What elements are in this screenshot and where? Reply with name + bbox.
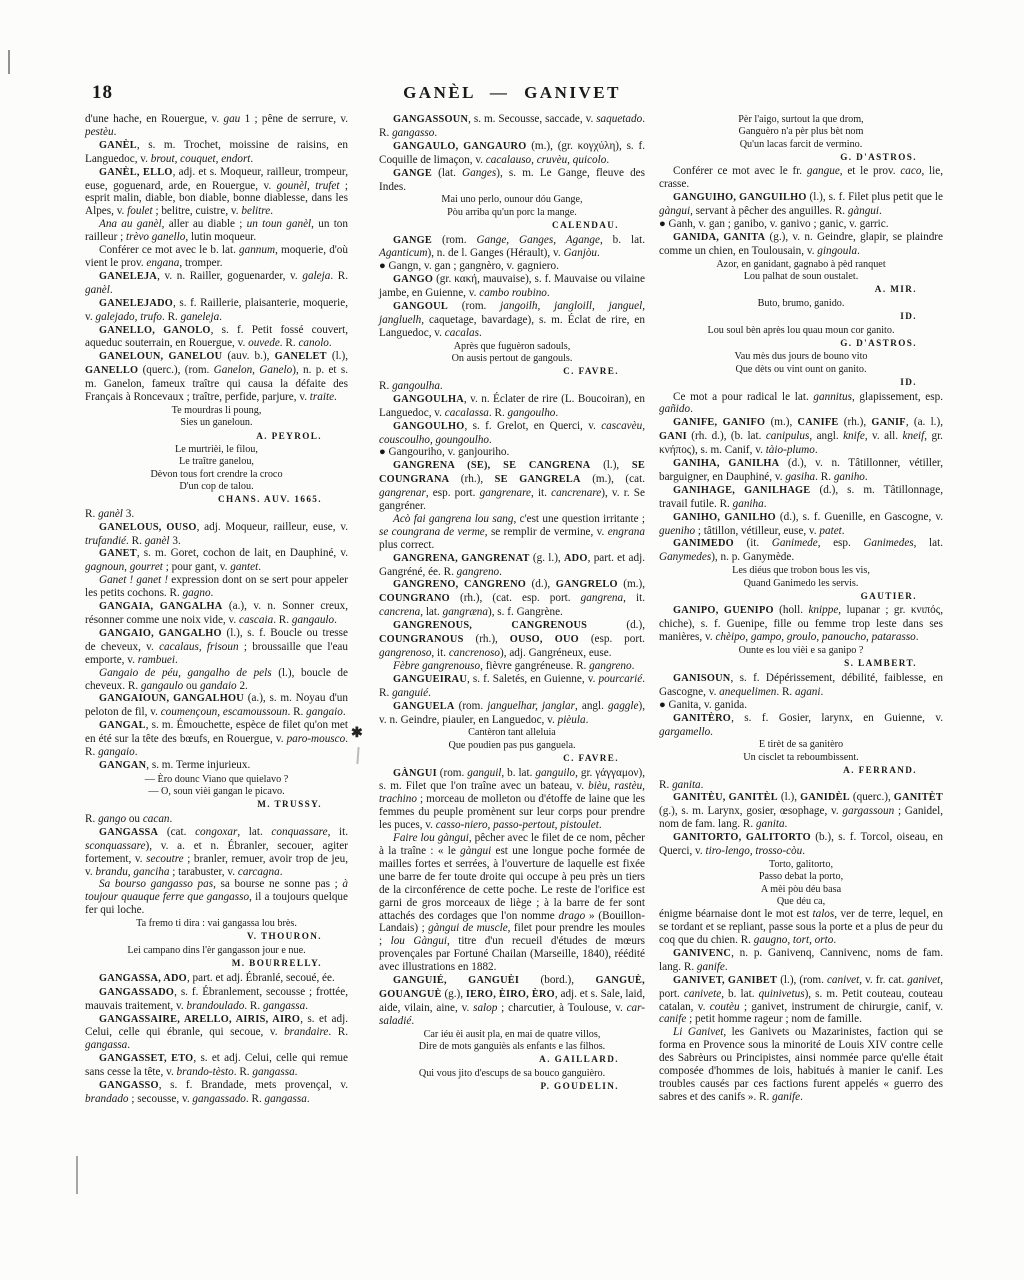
paragraph: Li Ganivet, les Ganivets ou Mazarinistes…	[659, 1026, 943, 1103]
dictionary-entry: GANELEJA, v. n. Railler, goguenarder, v.…	[85, 270, 348, 297]
quote-attribution: S. LAMBERT.	[659, 658, 943, 670]
paragraph: R. ganèl 3.	[85, 508, 348, 521]
verse-line: Le traître ganelou,	[85, 456, 348, 468]
verse-quote: Qui vous jito d'escups de sa bouco gangu…	[379, 1068, 645, 1080]
verse-quote: Buto, brumo, ganido.	[659, 298, 943, 310]
verse-line: Passo debat la porto,	[659, 871, 943, 883]
dictionary-entry: GANIMEDO (it. Ganimede, esp. Ganimedes, …	[659, 537, 943, 564]
quote-attribution: A. MIR.	[659, 284, 943, 296]
quote-attribution: ID.	[659, 377, 943, 389]
verse-line: Ta fremo ti dira : vai gangassa lou brès…	[85, 918, 348, 930]
dictionary-entry: GANGRENO, CANGRENO (d.), GANGRELO (m.), …	[379, 578, 645, 619]
dictionary-entry: GANGASSA, ADO, part. et adj. Ébranlé, se…	[85, 972, 348, 986]
margin-asterisk-mark: ✱	[351, 725, 363, 742]
dictionary-entry: GANGOUL (rom. jangoilh, jangloill, jangu…	[379, 300, 645, 340]
paragraph: Conférer ce mot avec le fr. gangue, et l…	[659, 165, 943, 191]
page-header: GANÈL — GANIVET	[0, 83, 1024, 103]
paragraph: ● Gangouriho, v. ganjouriho.	[379, 446, 645, 459]
verse-quote: Ounte es lou vièi e sa ganipo ?	[659, 645, 943, 657]
dictionary-entry: GANGUEIRAU, s. f. Saletés, en Guienne, v…	[379, 673, 645, 700]
dictionary-entry: GANGASSAIRE, ARELLO, AIRIS, AIRO, s. et …	[85, 1013, 348, 1053]
verse-quote: Torto, galitorto,Passo debat la porto,A …	[659, 859, 943, 908]
verse-quote: Cantèron tant alleluiaQue poudien pas pu…	[379, 727, 645, 752]
dictionary-entry: GANGUIHO, GANGUILHO (l.), s. f. Filet pl…	[659, 191, 943, 218]
verse-line: A mèi pòu déu basa	[659, 884, 943, 896]
dictionary-entry: GANELOUN, GANELOU (auv. b.), GANELET (l.…	[85, 350, 348, 404]
paragraph: Fèbre gangrenouso, fièvre gangréneuse. R…	[379, 660, 645, 673]
dictionary-entry: GANGRENA (SE), SE CANGRENA (l.), SE COUN…	[379, 459, 645, 513]
verse-quote: Azor, en ganidant, gagnabo à pèd ranquet…	[659, 259, 943, 284]
verse-line: On ausis pertout de gangouls.	[379, 353, 645, 365]
dictionary-entry: GANELEJADO, s. f. Raillerie, plaisanteri…	[85, 297, 348, 324]
dictionary-entry: GANIVENC, n. p. Ganivenq, Cannivenc, nom…	[659, 947, 943, 974]
verse-line: Cantèron tant alleluia	[379, 727, 645, 739]
quote-attribution: A. FERRAND.	[659, 765, 943, 777]
paragraph: ● Ganh, v. gan ; ganibo, v. ganivo ; gan…	[659, 218, 943, 231]
verse-line: Ganguèro n'a pèr plus bèt nom	[659, 126, 943, 138]
dictionary-entry: GÀNGUI (rom. ganguil, b. lat. ganguilo, …	[379, 767, 645, 833]
dictionary-entry: GANGASSOUN, s. m. Secousse, saccade, v. …	[379, 113, 645, 140]
verse-line: Lou soul bèn après lou quau moun cor gan…	[659, 325, 943, 337]
dictionary-entry: GANGRENOUS, CANGRENOUS (d.), COUNGRANOUS…	[379, 619, 645, 660]
verse-line: Que dèts ou vint ount on ganito.	[659, 364, 943, 376]
paragraph: R. gangoulha.	[379, 380, 645, 393]
verse-quote: Car iéu èi ausit pla, en mai de quatre v…	[379, 1029, 645, 1054]
quote-attribution: G. D'ASTROS.	[659, 152, 943, 164]
paragraph: d'une hache, en Rouergue, v. gau 1 ; pên…	[85, 113, 348, 139]
verse-line: Ounte es lou vièi e sa ganipo ?	[659, 645, 943, 657]
column-left: d'une hache, en Rouergue, v. gau 1 ; pên…	[85, 113, 348, 1106]
column-center: GANGASSOUN, s. m. Secousse, saccade, v. …	[379, 113, 645, 1095]
dictionary-entry: GANIDA, GANITA (g.), v. n. Geindre, glap…	[659, 231, 943, 258]
verse-line: Buto, brumo, ganido.	[659, 298, 943, 310]
verse-line: Que déu ca,	[659, 896, 943, 908]
quote-attribution: M. BOURRELLY.	[85, 958, 348, 970]
column-right: Pèr l'aigo, surtout la que drom,Ganguèro…	[659, 113, 943, 1104]
dictionary-entry: GANITÈRO, s. f. Gosier, larynx, en Guien…	[659, 712, 943, 739]
paragraph: Gangaio de péu, gangalho de pels (l.), b…	[85, 667, 348, 693]
verse-quote: Après que fuguèron sadouls,On ausis pert…	[379, 341, 645, 366]
paragraph: Acò fai gangrena lou sang, c'est une que…	[379, 513, 645, 552]
quote-attribution: A. PEYROL.	[85, 431, 348, 443]
paragraph: Ce mot a pour radical le lat. gannitus, …	[659, 391, 943, 417]
paragraph: Ganet ! ganet ! expression dont on se se…	[85, 574, 348, 600]
dictionary-entry: GANELLO, GANOLO, s. f. Petit fossé couve…	[85, 324, 348, 351]
verse-line: Qu'un lacas farcit de vermino.	[659, 139, 943, 151]
dictionary-entry: GANIHAGE, GANILHAGE (d.), s. m. Tâtillon…	[659, 484, 943, 511]
paragraph: R. gango ou cacan.	[85, 813, 348, 826]
dictionary-entry: GANGAIOUN, GANGALHOU (a.), s. m. Noyau d…	[85, 692, 348, 719]
dictionary-entry: GANIHO, GANILHO (d.), s. f. Guenille, en…	[659, 511, 943, 538]
verse-line: Lou palhat de soun oustalet.	[659, 271, 943, 283]
quote-attribution: G. D'ASTROS.	[659, 338, 943, 350]
paragraph: Faire lou gàngui, pêcher avec le filet d…	[379, 832, 645, 974]
quote-attribution: P. GOUDELIN.	[379, 1081, 645, 1093]
verse-quote: Te mourdras li poung,Sies un ganeloun.	[85, 405, 348, 430]
verse-line: Torto, galitorto,	[659, 859, 943, 871]
verse-line: Mai uno perlo, ounour dóu Gange,	[379, 194, 645, 206]
verse-line: Te mourdras li poung,	[85, 405, 348, 417]
paragraph: Ana au ganèl, aller au diable ; un toun …	[85, 218, 348, 244]
quote-attribution: A. GAILLARD.	[379, 1054, 645, 1066]
verse-line: Sies un ganeloun.	[85, 417, 348, 429]
verse-line: Vau mès dus jours de bouno vito	[659, 351, 943, 363]
dictionary-entry: GANITÈU, GANITÈL (l.), GANIDÈL (querc.),…	[659, 791, 943, 831]
verse-line: Après que fuguèron sadouls,	[379, 341, 645, 353]
verse-line: Dèvon tous fort crendre la croco	[85, 469, 348, 481]
pencil-stroke-artifact	[356, 747, 359, 764]
paragraph: R. ganita.	[659, 779, 943, 792]
quote-attribution: C. FAVRE.	[379, 366, 645, 378]
dictionary-entry: GANIPO, GUENIPO (holl. knippe, lupanar ;…	[659, 604, 943, 644]
dictionary-entry: GANELOUS, OUSO, adj. Moqueur, railleur, …	[85, 521, 348, 548]
paragraph: ● Ganita, v. ganida.	[659, 699, 943, 712]
verse-quote: E tirèt de sa ganitèroUn cisclet ta rebo…	[659, 739, 943, 764]
dictionary-entry: GANITORTO, GALITORTO (b.), s. f. Torcol,…	[659, 831, 943, 858]
verse-line: Le murtrièi, le filou,	[85, 444, 348, 456]
dictionary-entry: GANGUELA (rom. janguelhar, janglar, angl…	[379, 700, 645, 727]
verse-quote: — Èro dounc Viano que quielavo ?— O, sou…	[85, 774, 348, 799]
paragraph: énigme béarnaise dont le mot est talos, …	[659, 908, 943, 947]
dictionary-entry: GANGE (lat. Ganges), s. m. Le Gange, fle…	[379, 167, 645, 194]
dictionary-entry: GANIHA, GANILHA (d.), v. n. Tâtillonner,…	[659, 457, 943, 484]
dictionary-entry: GANIVET, GANIBET (l.), (rom. canivet, v.…	[659, 974, 943, 1027]
verse-line: Les diéus que trobon bous les vis,	[659, 565, 943, 577]
paragraph: Conférer ce mot avec le b. lat. gannum, …	[85, 244, 348, 270]
dictionary-entry: GANÈL, s. m. Trochet, moissine de raisin…	[85, 139, 348, 166]
dictionary-entry: GANGASSO, s. f. Brandade, mets provençal…	[85, 1079, 348, 1106]
verse-line: Lei campano dins l'èr gangasson jour e n…	[85, 945, 348, 957]
verse-line: Pòu arriba qu'un porc la mange.	[379, 207, 645, 219]
dictionary-entry: GANGUIÉ, GANGUÈI (bord.), GANGUÈ, GOUANG…	[379, 974, 645, 1028]
quote-attribution: CALENDAU.	[379, 220, 645, 232]
verse-line: Un cisclet ta reboumbissent.	[659, 752, 943, 764]
verse-quote: Mai uno perlo, ounour dóu Gange,Pòu arri…	[379, 194, 645, 219]
dictionary-entry: GANIFE, GANIFO (m.), CANIFE (rh.), GANIF…	[659, 416, 943, 457]
quote-attribution: C. FAVRE.	[379, 753, 645, 765]
dictionary-entry: GANGAULO, GANGAURO (m.), (gr. κογχύλη), …	[379, 140, 645, 167]
verse-line: — Èro dounc Viano que quielavo ?	[85, 774, 348, 786]
quote-attribution: V. THOURON.	[85, 931, 348, 943]
verse-line: Pèr l'aigo, surtout la que drom,	[659, 114, 943, 126]
dictionary-entry: GANGE (rom. Gange, Ganges, Agange, b. la…	[379, 234, 645, 261]
verse-quote: Lei campano dins l'èr gangasson jour e n…	[85, 945, 348, 957]
quote-attribution: M. TRUSSY.	[85, 799, 348, 811]
verse-quote: Pèr l'aigo, surtout la que drom,Ganguèro…	[659, 114, 943, 151]
dictionary-entry: GANGAIA, GANGALHA (a.), v. n. Sonner cre…	[85, 600, 348, 627]
verse-quote: Lou soul bèn après lou quau moun cor gan…	[659, 325, 943, 337]
dictionary-entry: GANGO (gr. κακή, mauvaise), s. f. Mauvai…	[379, 273, 645, 300]
dictionary-entry: GANGRENA, GANGRENAT (g. l.), ADO, part. …	[379, 552, 645, 579]
verse-quote: Vau mès dus jours de bouno vitoQue dèts …	[659, 351, 943, 376]
paragraph: ● Gangn, v. gan ; gangnèro, v. gagniero.	[379, 260, 645, 273]
dictionary-entry: GANGOULHO, s. f. Grelot, en Querci, v. c…	[379, 420, 645, 447]
quote-attribution: ID.	[659, 311, 943, 323]
verse-quote: Ta fremo ti dira : vai gangassa lou brès…	[85, 918, 348, 930]
dictionary-entry: GANISOUN, s. f. Dépérissement, débilité,…	[659, 672, 943, 699]
verse-line: — O, soun vièi gangan le picavo.	[85, 786, 348, 798]
dictionary-entry: GANGASSET, ETO, s. et adj. Celui, celle …	[85, 1052, 348, 1079]
paragraph: Sa bourso gangasso pas, sa bourse ne son…	[85, 878, 348, 917]
dictionary-entry: GANGOULHA, v. n. Éclater de rire (L. Bou…	[379, 393, 645, 420]
dictionary-entry: GANET, s. m. Goret, cochon de lait, en D…	[85, 547, 348, 574]
verse-line: Quand Ganimedo les servis.	[659, 578, 943, 590]
scan-artifact-line	[76, 1156, 78, 1194]
verse-line: Qui vous jito d'escups de sa bouco gangu…	[379, 1068, 645, 1080]
dictionary-entry: GANÈL, ELLO, adj. et s. Moqueur, railleu…	[85, 166, 348, 219]
dictionary-entry: GANGAN, s. m. Terme injurieux.	[85, 759, 348, 773]
verse-line: Car iéu èi ausit pla, en mai de quatre v…	[379, 1029, 645, 1041]
quote-attribution: CHANS. AUV. 1665.	[85, 494, 348, 506]
scanned-dictionary-page: 18 GANÈL — GANIVET d'une hache, en Rouer…	[0, 0, 1024, 1280]
dictionary-entry: GANGAIO, GANGALHO (l.), s. f. Boucle ou …	[85, 627, 348, 667]
verse-line: E tirèt de sa ganitèro	[659, 739, 943, 751]
dictionary-entry: GANGASSA (cat. congoxar, lat. conquassar…	[85, 826, 348, 879]
verse-line: Azor, en ganidant, gagnabo à pèd ranquet	[659, 259, 943, 271]
dictionary-entry: GANGASSADO, s. f. Ébranlement, secousse …	[85, 986, 348, 1013]
verse-quote: Les diéus que trobon bous les vis,Quand …	[659, 565, 943, 590]
dictionary-entry: GANGAL, s. m. Émouchette, espèce de file…	[85, 719, 348, 759]
verse-line: Que poudien pas pus ganguela.	[379, 740, 645, 752]
scan-artifact-line	[8, 50, 10, 74]
quote-attribution: GAUTIER.	[659, 591, 943, 603]
verse-line: Dire de mots ganguiès als enfants e las …	[379, 1041, 645, 1053]
verse-quote: Le murtrièi, le filou,Le traître ganelou…	[85, 444, 348, 493]
verse-line: D'un cop de talou.	[85, 481, 348, 493]
